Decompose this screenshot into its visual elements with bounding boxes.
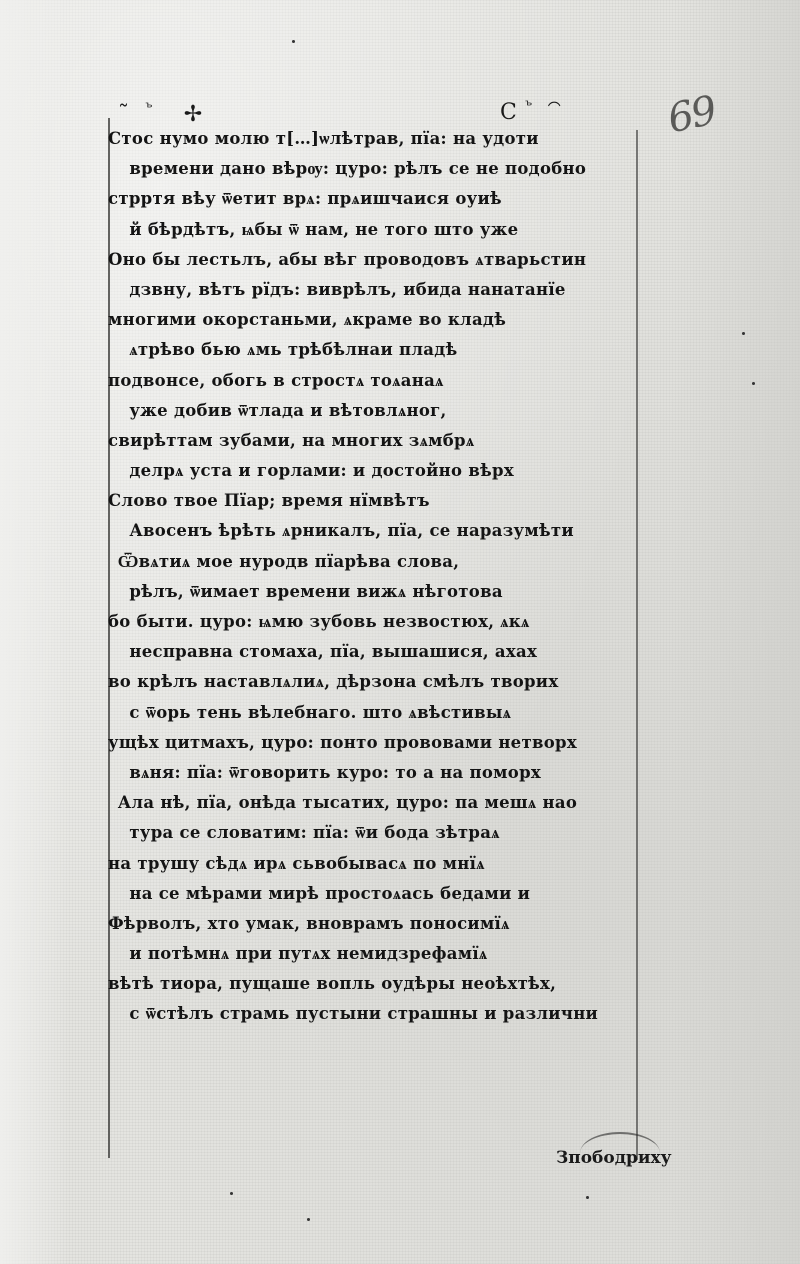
text-line: Оно бы лестьлъ, абы вѣг проводовъ ѧтварь… bbox=[108, 245, 651, 275]
text-line: подвонсе, обогь в стростѧ тоѧанаѧ bbox=[108, 366, 651, 396]
text-line: несправна стомаха, пїа, вышашися, ахах bbox=[108, 637, 651, 667]
text-line: дзвну, вѣтъ рїдъ: виврѣлъ, ибида нанатан… bbox=[108, 275, 651, 305]
text-line: свирѣттам зубами, на многих зѧмбрѧ bbox=[108, 426, 651, 456]
manuscript-text-block: Стос нумо молю т[…]ѡлѣтрав, пїа: на удот… bbox=[108, 124, 668, 1030]
text-line: с ѿорь тень вѣлебнаго. што ѧвѣстивыѧ bbox=[108, 698, 651, 728]
paper-speck bbox=[292, 40, 295, 43]
page-edge-shading-left bbox=[0, 0, 70, 1264]
catchword: Зпободриху bbox=[556, 1148, 672, 1168]
text-line: рѣлъ, ѿимает времени вижѧ нѣготова bbox=[108, 577, 651, 607]
text-line: тура се словатим: пїа: ѿи бода зѣтраѧ bbox=[108, 818, 651, 848]
text-line: й бѣрдѣтъ, ѩбы ѿ нам, не того што уже bbox=[108, 215, 651, 245]
text-line: Слово твое Пїар; время нїмвѣтъ bbox=[108, 486, 651, 516]
text-line: вѣтѣ тиора, пущаше вопль оудѣры неоѣхтѣх… bbox=[108, 969, 651, 999]
text-line: времени дано вѣрѹ: цуро: рѣлъ се не подо… bbox=[108, 154, 651, 184]
superscript-marks-right: С ꙸ ⁀ bbox=[500, 96, 567, 126]
text-line: на трушу сѣдѧ ирѧ сьвобывасѧ по мнїѧ bbox=[108, 849, 651, 879]
text-line: Авосенъ ѣрѣть ѧрникалъ, пїа, се наразумѣ… bbox=[108, 516, 651, 546]
manuscript-page: ˜ ꙸ ✢ С ꙸ ⁀ 69 Стос нумо молю т[…]ѡлѣтра… bbox=[0, 0, 800, 1264]
folio-number: 69 bbox=[664, 88, 719, 143]
text-line: уже добив ѿтлада и вѣтовлѧног, bbox=[108, 396, 651, 426]
text-line: с ѿстѣлъ страмь пустыни страшны и различ… bbox=[108, 999, 651, 1029]
paper-speck bbox=[742, 332, 745, 335]
text-line: и потѣмнѧ при путѧх немидзрефамїѧ bbox=[108, 939, 651, 969]
text-line: Ала нѣ, пїа, онѣда тысатих, цуро: па меш… bbox=[108, 788, 651, 818]
page-edge-shading-right bbox=[670, 0, 800, 1264]
text-line: на се мѣрами мирѣ простоѧась бедами и bbox=[108, 879, 651, 909]
text-line: ѧтрѣво бью ѧмь трѣбѣлнаи пладѣ bbox=[108, 335, 651, 365]
text-line: Стос нумо молю т[…]ѡлѣтрав, пїа: на удот… bbox=[108, 124, 651, 154]
paper-speck bbox=[586, 1196, 589, 1199]
text-line: делрѧ уста и горлами: и достойно вѣрх bbox=[108, 456, 651, 486]
text-line: Фѣрволъ, хто умак, вноврамъ поносимїѧ bbox=[108, 909, 651, 939]
text-line: во крѣлъ наставлѧлиѧ, дѣрзона смѣлъ твор… bbox=[108, 667, 651, 697]
text-line: ущѣх цитмахъ, цуро: понто прововами нетв… bbox=[108, 728, 651, 758]
text-line: вѧня: пїа: ѿговорить куро: то а на помор… bbox=[108, 758, 651, 788]
text-line: стрртя вѣу ѿетит врѧ: прѧишчаися оуиѣ bbox=[108, 184, 651, 214]
text-line: бо быти. цуро: ѩмю зубовь незвостюх, ѧкѧ bbox=[108, 607, 651, 637]
text-line: Ѿвѧтиѧ мое нуродв пїарѣва слова, bbox=[108, 547, 651, 577]
text-line: многими окорстаньми, ѧкраме во кладѣ bbox=[108, 305, 651, 335]
paper-speck bbox=[307, 1218, 310, 1221]
paper-speck bbox=[230, 1192, 233, 1195]
paper-speck bbox=[752, 382, 755, 385]
